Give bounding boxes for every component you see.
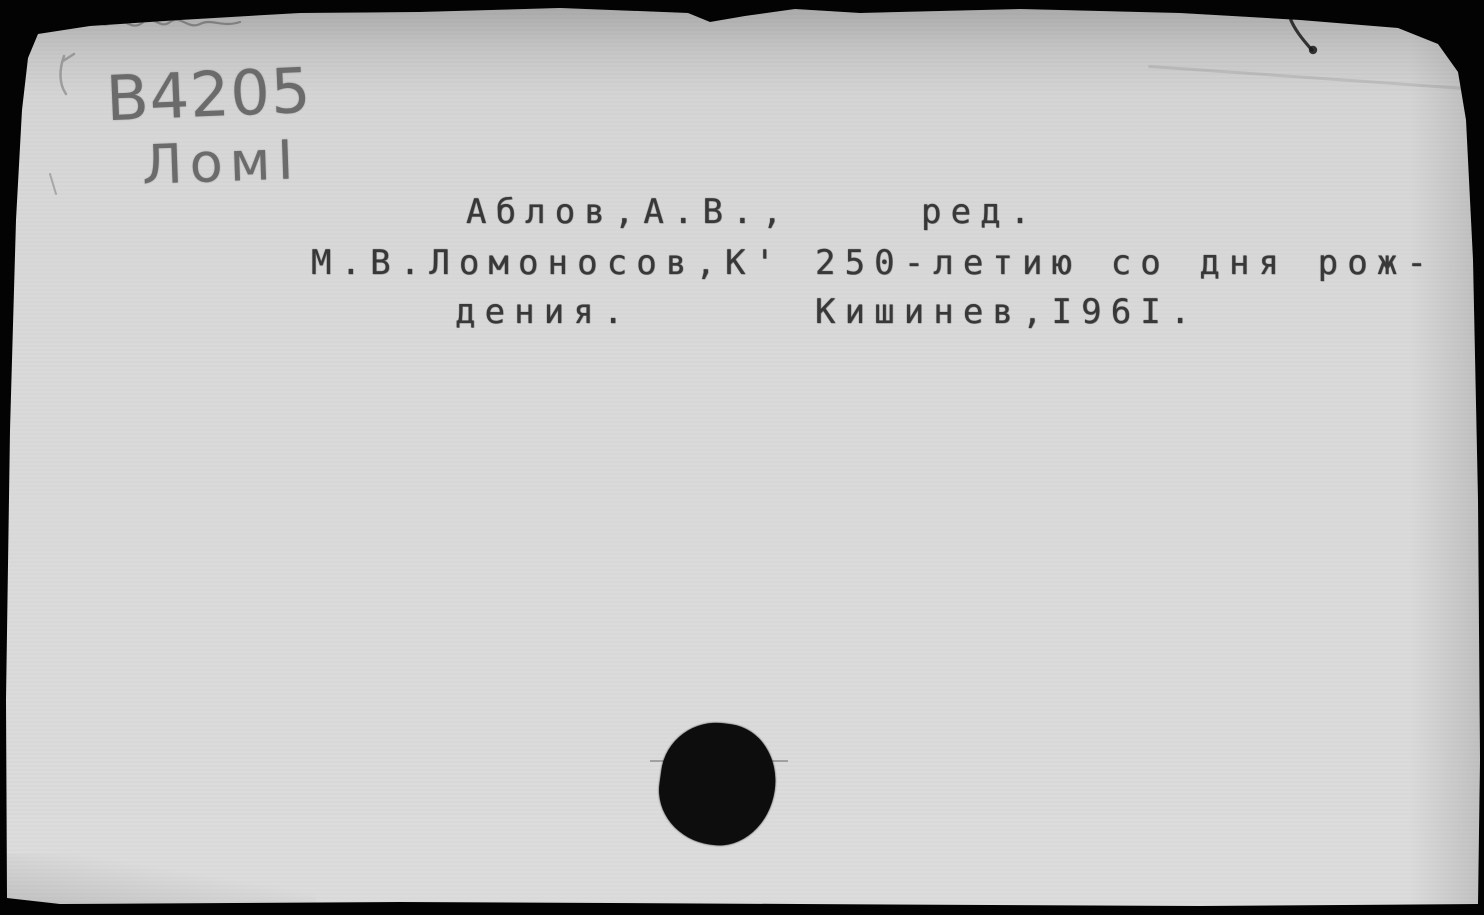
call-number-line1: В4205 (105, 60, 313, 131)
bottom-left-shadow (6, 854, 316, 904)
catalog-card: В4205 ЛомI Аблов,А.В., ред. М.В.Ломоносо… (0, 0, 1484, 915)
hole-punch-mark (652, 716, 783, 853)
entry-title-continuation: дения. (455, 292, 632, 332)
entry-imprint: Кишинев,I96I. (815, 292, 1199, 332)
call-number-line2: ЛомI (141, 133, 301, 192)
entry-title-right: 250-летию со дня рож- (815, 243, 1436, 283)
pencil-tick-icon (50, 174, 56, 194)
entry-author: Аблов,А.В., (466, 192, 791, 232)
entry-role: ред. (921, 192, 1039, 232)
entry-title-left: М.В.Ломоносов,К' (311, 243, 784, 283)
scanner-background: { "call_number": { "line1": "В4205", "li… (0, 0, 1484, 915)
right-edge-shadow (1409, 0, 1484, 915)
